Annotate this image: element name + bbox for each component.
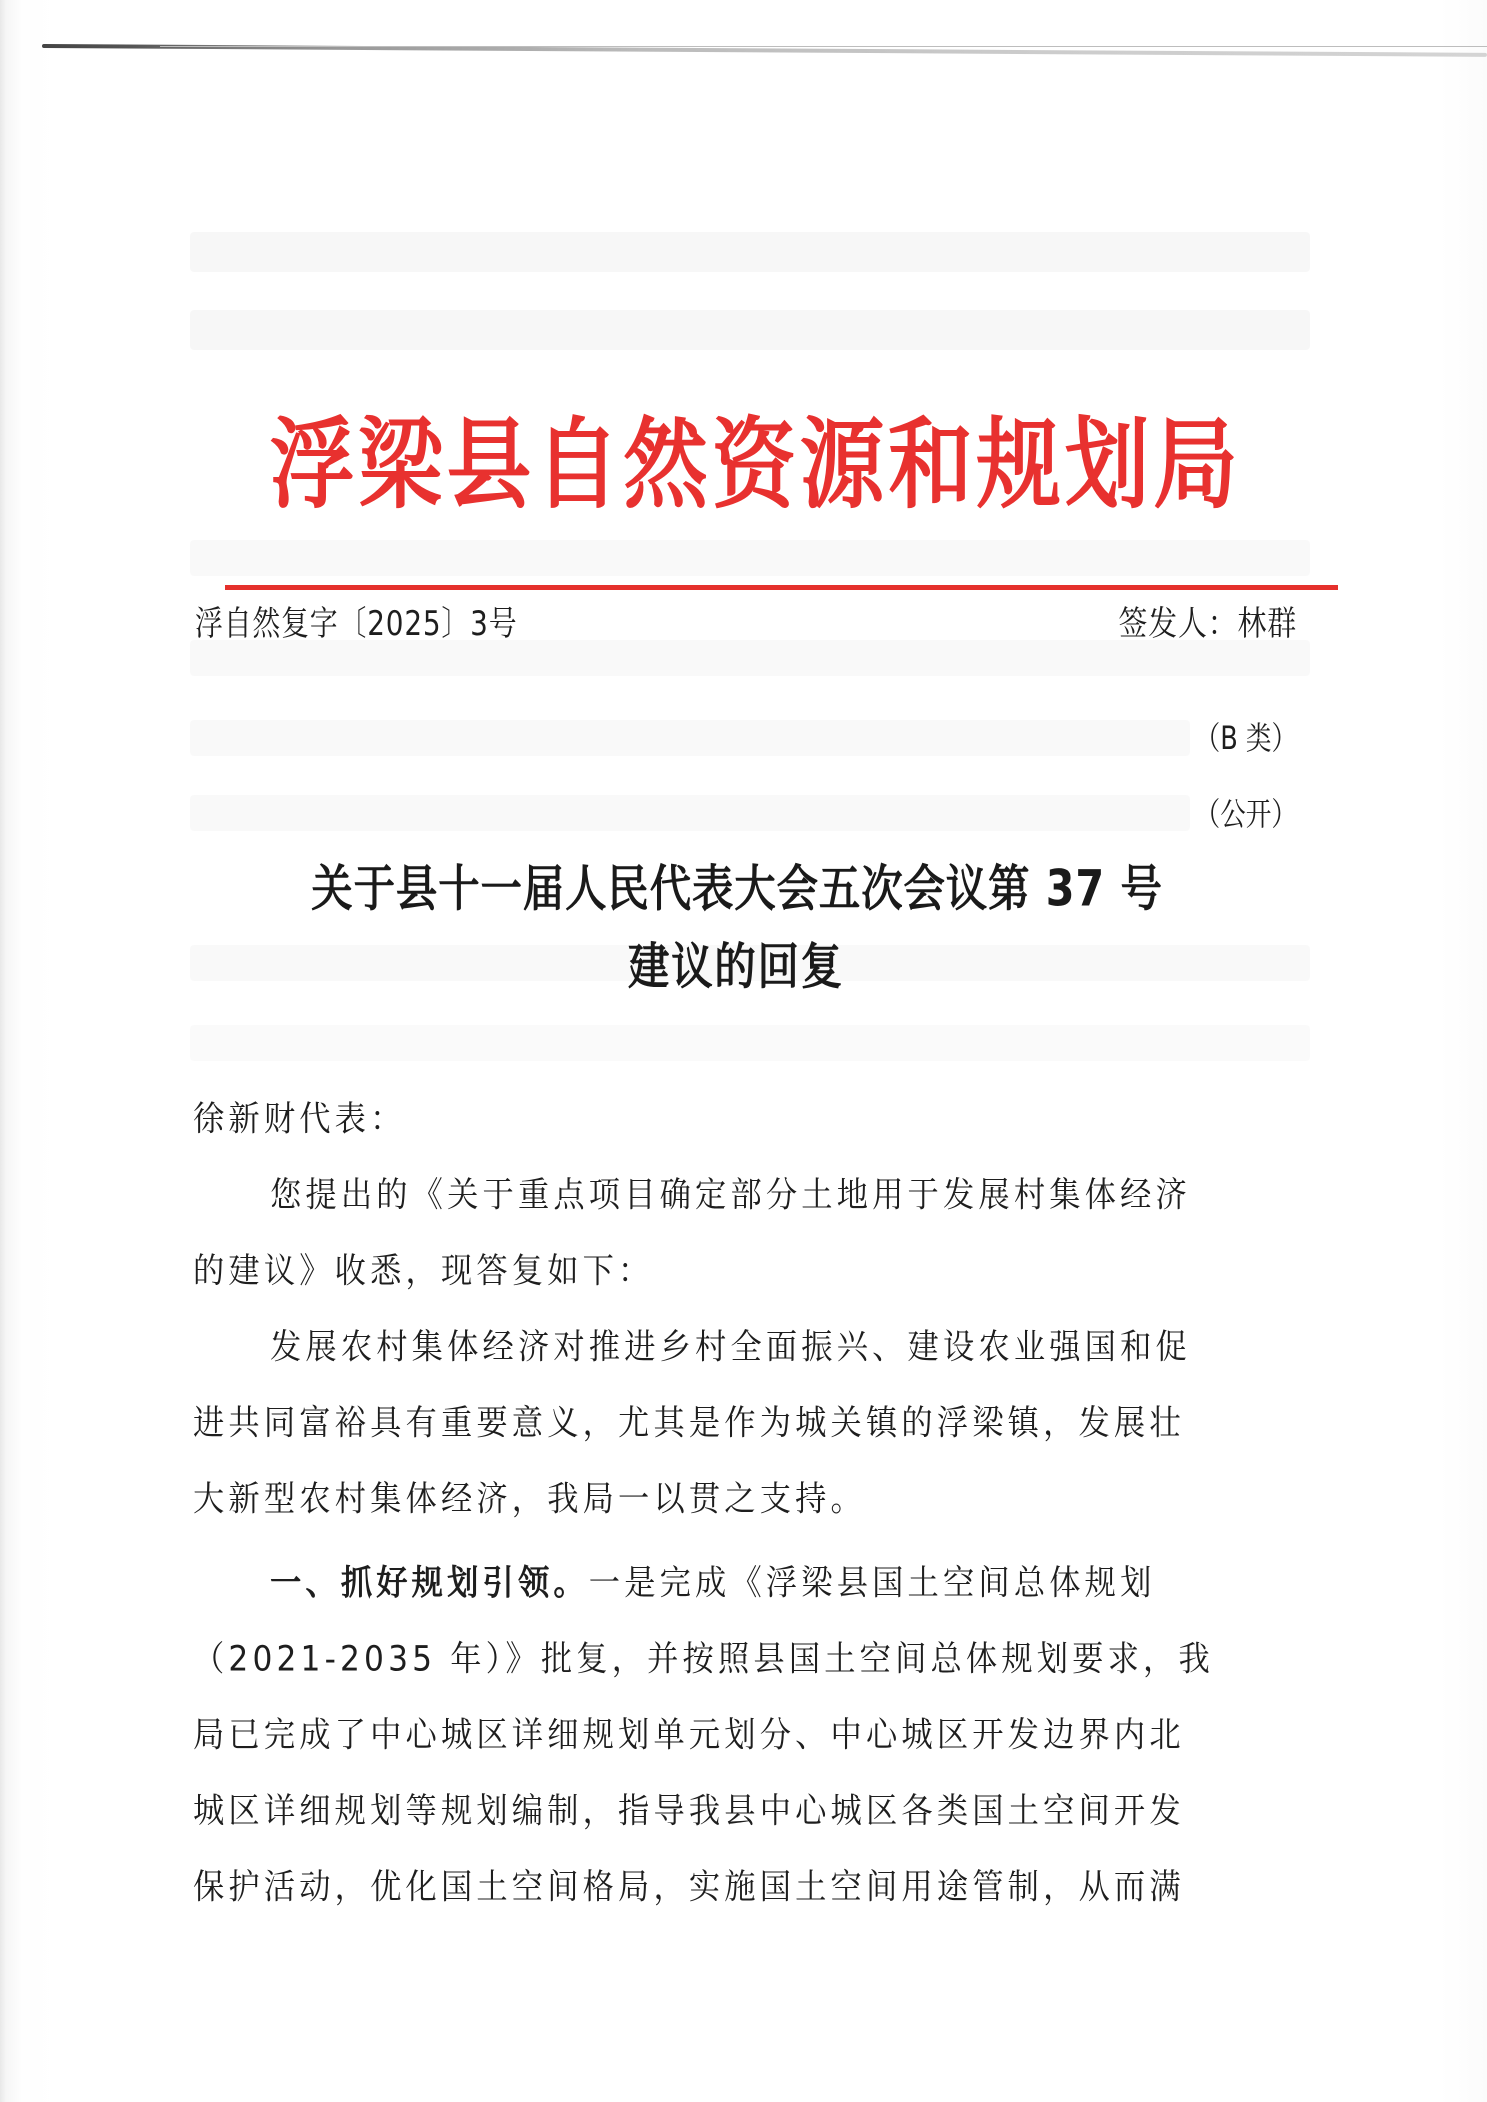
- paragraph-3-line-2: （2021-2035 年）》批复，并按照县国土空间总体规划要求，我: [193, 1634, 1313, 1684]
- paragraph-text: 局已完成了中心城区详细规划单元划分、中心城区开发边界内北: [193, 1710, 1185, 1761]
- paragraph-text: 的建议》收悉，现答复如下：: [193, 1246, 653, 1297]
- paragraph-text: （2021-2035 年）》批复，并按照县国土空间总体规划要求，我: [193, 1634, 1214, 1685]
- paragraph-1-line-2: 的建议》收悉，现答复如下：: [193, 1246, 1313, 1296]
- document-title-line-1: 关于县十一届人民代表大会五次会议第 37 号: [0, 850, 1481, 926]
- paragraph-text: 一、抓好规划引领。一是完成《浮梁县国土空间总体规划: [270, 1558, 1156, 1609]
- paragraph-2-line-2: 进共同富裕具有重要意义，尤其是作为城关镇的浮梁镇，发展壮: [193, 1398, 1313, 1448]
- section-heading: 一、抓好规划引领。: [270, 1563, 589, 1604]
- paragraph-3-line-3: 局已完成了中心城区详细规划单元划分、中心城区开发边界内北: [193, 1710, 1313, 1760]
- bleed-through-shadow: [190, 540, 1310, 576]
- paragraph-text: 城区详细规划等规划编制，指导我县中心城区各类国土空间开发: [193, 1786, 1185, 1837]
- paragraph-text: 您提出的《关于重点项目确定部分土地用于发展村集体经济: [270, 1170, 1191, 1221]
- document-title-line-2: 建议的回复: [0, 928, 1479, 1004]
- paragraph-text-continued: 一是完成《浮梁县国土空间总体规划: [589, 1563, 1156, 1604]
- paragraph-text: 发展农村集体经济对推进乡村全面振兴、建设农业强国和促: [270, 1322, 1191, 1373]
- bleed-through-shadow: [190, 1025, 1310, 1061]
- document-title-text: 关于县十一届人民代表大会五次会议第 37 号: [312, 847, 1163, 929]
- paragraph-text: 大新型农村集体经济，我局一以贯之支持。: [193, 1474, 866, 1525]
- category-tag: （B 类）: [1194, 716, 1297, 760]
- salutation-text: 徐新财代表：: [193, 1094, 406, 1145]
- paragraph-2-line-3: 大新型农村集体经济，我局一以贯之支持。: [193, 1474, 1313, 1524]
- bleed-through-shadow: [190, 310, 1310, 350]
- signer: 签发人：林群: [1119, 600, 1298, 648]
- bleed-through-shadow: [190, 720, 1190, 756]
- paragraph-3-line-1: 一、抓好规划引领。一是完成《浮梁县国土空间总体规划: [270, 1558, 1313, 1608]
- salutation: 徐新财代表：: [193, 1094, 1313, 1144]
- document-page: 浮梁县自然资源和规划局 浮自然复字〔2025〕3号 签发人：林群 （B 类） （…: [0, 0, 1487, 2102]
- scan-artifact-line-secondary: [160, 46, 1487, 47]
- bleed-through-shadow: [190, 795, 1190, 831]
- agency-letterhead: 浮梁县自然资源和规划局: [270, 408, 1268, 520]
- document-number: 浮自然复字〔2025〕3号: [195, 600, 517, 648]
- bleed-through-shadow: [190, 232, 1310, 272]
- paragraph-3-line-5: 保护活动，优化国土空间格局，实施国土空间用途管制，从而满: [193, 1862, 1313, 1912]
- paragraph-text: 进共同富裕具有重要意义，尤其是作为城关镇的浮梁镇，发展壮: [193, 1398, 1185, 1449]
- signer-label: 签发人：: [1119, 604, 1238, 644]
- letterhead-red-rule: [225, 585, 1338, 590]
- paragraph-3-line-4: 城区详细规划等规划编制，指导我县中心城区各类国土空间开发: [193, 1786, 1313, 1836]
- signer-name: 林群: [1238, 604, 1298, 644]
- paragraph-text: 保护活动，优化国土空间格局，实施国土空间用途管制，从而满: [193, 1862, 1185, 1913]
- paragraph-2-line-1: 发展农村集体经济对推进乡村全面振兴、建设农业强国和促: [270, 1322, 1313, 1372]
- paragraph-1-line-1: 您提出的《关于重点项目确定部分土地用于发展村集体经济: [270, 1170, 1313, 1220]
- document-title-text: 建议的回复: [628, 925, 844, 1007]
- disclosure-tag: （公开）: [1195, 792, 1297, 836]
